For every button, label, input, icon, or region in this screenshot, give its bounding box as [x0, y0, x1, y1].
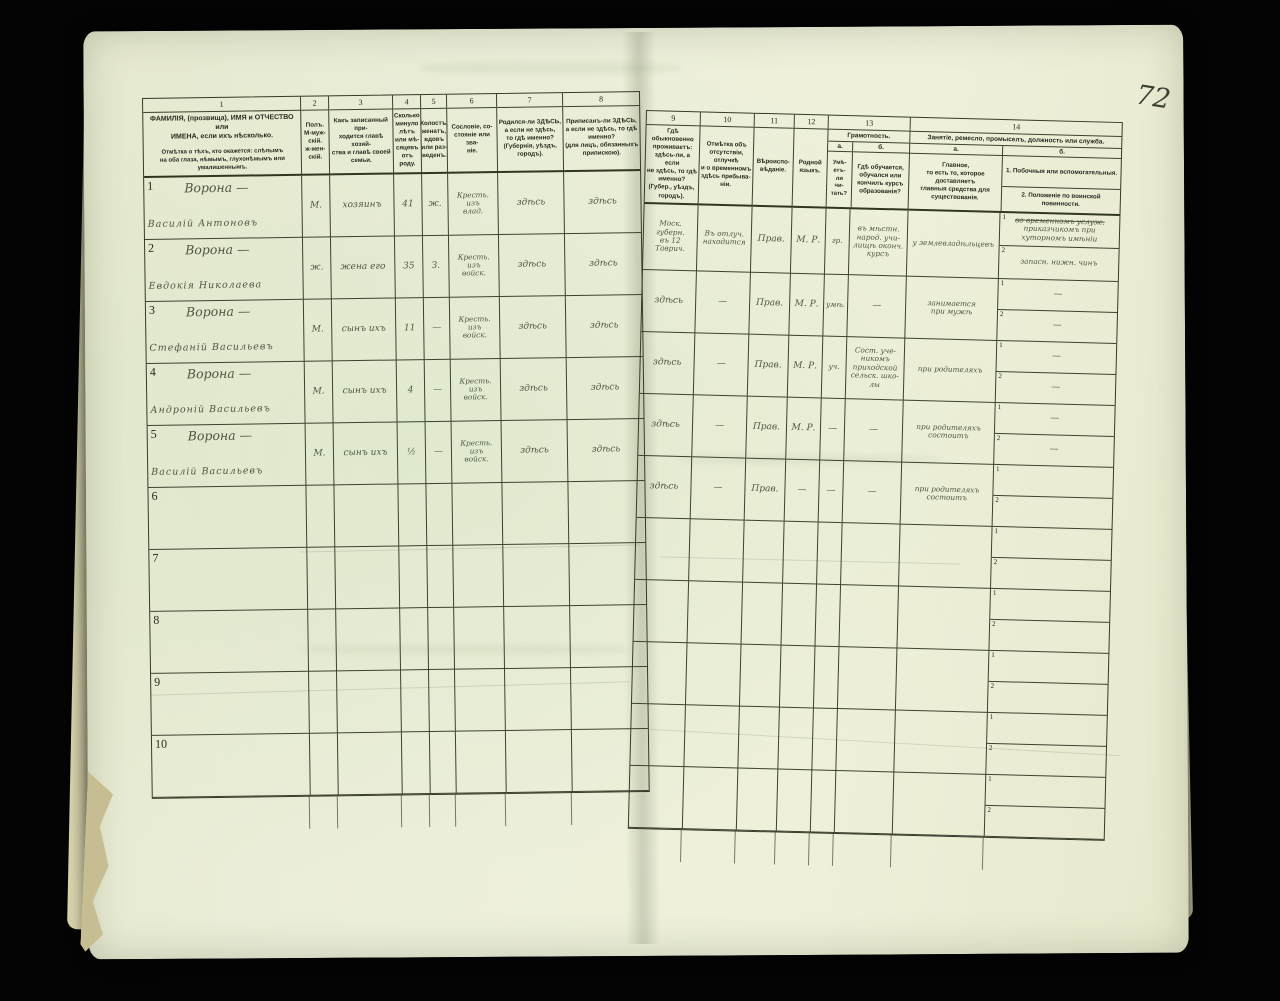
- hw-estate: Кресть. изъ войск.: [460, 439, 492, 465]
- hw-sex: М.: [312, 386, 324, 397]
- hw-education: —: [872, 301, 881, 312]
- table-row: 3 Ворона — Стефаній Васильевъ М. сынъ их…: [146, 295, 643, 364]
- hw-surname: Ворона —: [188, 428, 253, 443]
- hw-estate: Кресть. изъ влад.: [457, 191, 489, 217]
- hw-born: здѣсь: [518, 321, 547, 332]
- hw-age: 41: [402, 199, 414, 210]
- hw-literacy: гр.: [832, 237, 843, 246]
- hw-occupation-main: при родителяхъ состоитъ: [914, 485, 979, 503]
- hw-language: —: [797, 485, 806, 496]
- hw-absence: —: [713, 483, 722, 494]
- hw-absence: Въ отлуч. находится: [703, 229, 746, 247]
- hw-estate: Кресть. изъ войск.: [459, 377, 491, 403]
- hw-religion: Прав.: [751, 484, 778, 495]
- hw-given-name: Василій Антоновъ: [148, 218, 258, 230]
- hw-resides: здѣсь: [650, 481, 679, 492]
- hw-marital: З.: [432, 261, 441, 271]
- hw-literacy: уч.: [828, 363, 839, 372]
- header-col-6: 6 Сословіе, со- стояніе или зва- ніе.: [447, 94, 498, 173]
- hw-age: ½: [407, 447, 416, 457]
- hw-occupation-main: у землевладѣльцевъ: [912, 239, 993, 249]
- hw-surname: Ворона —: [184, 180, 249, 195]
- folio-number: 72: [1134, 80, 1173, 116]
- left-page-table: 1 ФАМИЛІЯ, (прозвища), ИМЯ и ОТЧЕСТВО ил…: [142, 91, 650, 831]
- hw-military-status: запасн. нижн. чинъ: [1020, 258, 1097, 268]
- table-row-empty: 10: [152, 729, 649, 798]
- hw-literacy: —: [828, 424, 837, 435]
- hw-relation: хозяинъ: [342, 200, 381, 211]
- hw-surname: Ворона —: [186, 304, 251, 319]
- header-col-11: 11 Вѣроиспо- вѣданіе.: [753, 114, 795, 208]
- hw-age: 11: [404, 323, 416, 334]
- header-col-12: 12 Родной языкъ.: [793, 115, 829, 208]
- hw-given-name: Андроній Васильевъ: [150, 404, 271, 417]
- hw-surname: Ворона —: [185, 242, 250, 257]
- hw-born: здѣсь: [517, 197, 546, 208]
- hw-literacy: умѣ.: [826, 300, 845, 309]
- hw-relation: сынъ ихъ: [342, 324, 386, 335]
- hw-occupation-main: занимается при мужѣ: [927, 299, 976, 317]
- header-col-13: 13 Грамотность. а. б. Умѣ- етъ- ли чи- т…: [827, 116, 911, 211]
- hw-relation: сынъ ихъ: [343, 386, 387, 397]
- header-col-8: 8 Приписанъ-ли ЗДѢСЬ, а если не здѣсь, т…: [563, 92, 640, 172]
- hw-absence: —: [716, 359, 725, 370]
- hw-language: М. Р.: [793, 361, 817, 372]
- hw-resides: Моск. губерн. въ 12 Таврич.: [655, 220, 686, 254]
- hw-registered: здѣсь: [592, 444, 621, 455]
- header-col-10: 10 Отмѣтка объ отсутствіи, отлучкѣ и о в…: [699, 112, 755, 206]
- hw-language: М. Р.: [796, 235, 820, 246]
- hw-estate: Кресть. изъ войск.: [458, 253, 490, 279]
- hw-education: Сост. уче- никомъ приходской сельск. шко…: [850, 346, 899, 389]
- left-header-row: 1 ФАМИЛІЯ, (прозвища), ИМЯ и ОТЧЕСТВО ил…: [143, 92, 640, 178]
- table-row-empty: 6: [148, 481, 645, 550]
- table-row: 1 Ворона — Василій Антоновъ М. хозяинъ 4…: [144, 171, 641, 240]
- hw-occupation-main: при родителяхъ: [918, 365, 983, 375]
- name-cell: 1 Ворона — Василій Антоновъ: [144, 175, 303, 239]
- hw-resides: здѣсь: [651, 419, 680, 430]
- hw-literacy: —: [826, 486, 835, 497]
- hw-absence: —: [718, 297, 727, 308]
- hw-born: здѣсь: [520, 445, 549, 456]
- table-row: 4 Ворона — Андроній Васильевъ М. сынъ их…: [147, 357, 644, 426]
- table-row: Моск. губерн. въ 12 Таврич. Въ отлуч. на…: [643, 204, 1120, 282]
- hw-sex: М.: [312, 324, 324, 335]
- hw-age: 35: [403, 261, 415, 272]
- hw-marital: —: [432, 323, 441, 333]
- show-through-smudge: [420, 62, 680, 74]
- header-col-7: 7 Родился-ли ЗДѢСЬ, а если не здѣсь, то …: [497, 93, 564, 173]
- hw-education: въ мѣстн. народ. учи- лищѣ оконч. курсъ: [853, 225, 904, 260]
- hw-education: —: [867, 487, 876, 498]
- header-col-1: 1 ФАМИЛІЯ, (прозвища), ИМЯ и ОТЧЕСТВО ил…: [143, 97, 302, 178]
- hw-registered: здѣсь: [591, 382, 620, 393]
- right-header-row: 9 Гдѣ обыкновенно проживаетъ: здѣсь-ли, …: [645, 111, 1122, 216]
- hw-estate: Кресть. изъ войск.: [459, 315, 491, 341]
- hw-sex: М.: [310, 200, 322, 211]
- table-row-empty: 8: [150, 605, 647, 674]
- hw-occupation-side: во временномъ услуж.приказчикомъ при хут…: [1014, 216, 1104, 243]
- hw-language: М. Р.: [791, 423, 815, 434]
- hw-born: здѣсь: [518, 259, 547, 270]
- header-col-4: 4 Сколько минуло лѣтъ или мѣ- сяцевъ отъ…: [393, 95, 422, 174]
- hw-absence: —: [715, 421, 724, 432]
- table-row: 5 Ворона — Василій Васильевъ М. сынъ ихъ…: [148, 419, 645, 488]
- header-col-9: 9 Гдѣ обыкновенно проживаетъ: здѣсь-ли, …: [645, 111, 701, 205]
- hw-language: М. Р.: [795, 299, 819, 310]
- hw-sex: ж.: [310, 262, 323, 273]
- hw-marital: —: [433, 385, 442, 395]
- hw-sex: М.: [313, 448, 325, 459]
- hw-religion: Прав.: [758, 234, 785, 245]
- hw-relation: жена его: [340, 262, 385, 273]
- hw-marital: ж.: [428, 199, 441, 210]
- hw-surname: Ворона —: [187, 366, 252, 381]
- right-page-table: 9 Гдѣ обыкновенно проживаетъ: здѣсь-ли, …: [627, 110, 1123, 872]
- hw-occupation-main: при родителяхъ состоитъ: [916, 423, 981, 441]
- hw-religion: Прав.: [753, 422, 780, 433]
- hw-registered: здѣсь: [589, 258, 618, 269]
- hw-given-name: Евдокія Николаева: [149, 280, 263, 293]
- hw-resides: здѣсь: [653, 357, 682, 368]
- header-col-3: 3 Какъ записанный при- ходится главѣ хоз…: [329, 95, 394, 175]
- hw-registered: здѣсь: [588, 196, 617, 207]
- hw-religion: Прав.: [756, 298, 783, 309]
- hw-given-name: Стефаній Васильевъ: [149, 342, 273, 355]
- hw-religion: Прав.: [754, 360, 781, 371]
- table-row-empty: 9: [151, 667, 648, 736]
- header-col-14: 14 Занятіе, ремесло, промыселъ, должност…: [909, 118, 1122, 216]
- hw-resides: здѣсь: [654, 295, 683, 306]
- hw-age: 4: [408, 385, 414, 395]
- table-row-empty: 7: [149, 543, 646, 612]
- hw-education: —: [869, 425, 878, 436]
- hw-given-name: Василій Васильевъ: [151, 466, 263, 478]
- table-row-empty: 1 2: [629, 765, 1105, 839]
- table-row: 2 Ворона — Евдокія Николаева ж. жена его…: [145, 233, 642, 302]
- hw-born: здѣсь: [519, 383, 548, 394]
- hw-registered: здѣсь: [590, 320, 619, 331]
- header-col-2: 2 Полъ. М-муж- скій. ж-жен- скій.: [301, 96, 330, 175]
- hw-relation: сынъ ихъ: [343, 448, 387, 459]
- header-col-5: 5 Холостъ, женатъ, вдовъ или раз- веденъ…: [421, 95, 448, 174]
- hw-marital: —: [434, 447, 443, 457]
